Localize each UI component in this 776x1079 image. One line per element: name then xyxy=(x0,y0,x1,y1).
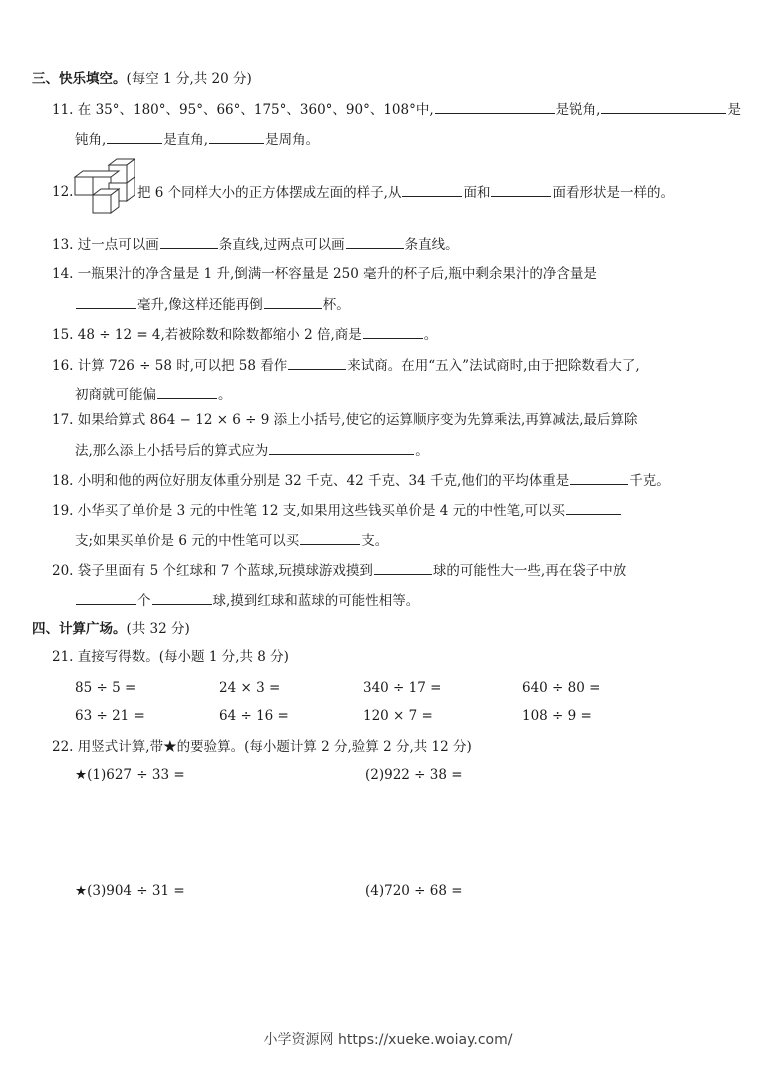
question-number: 13. xyxy=(52,237,73,253)
question-text: 球的可能性大一些,再在袋子中放 xyxy=(433,563,626,579)
question-text: 条直线。 xyxy=(405,237,459,253)
question-text: 直接写得数。(每小题 1 分,共 8 分) xyxy=(78,649,289,665)
answer-blank[interactable] xyxy=(269,440,414,455)
question-text: 小明和他的两位好朋友体重分别是 32 千克、42 千克、34 千克,他们的平均体… xyxy=(78,473,570,489)
question-number: 17. xyxy=(52,412,73,428)
question-text: 用竖式计算,带★的要验算。(每小题计算 2 分,验算 2 分,共 12 分) xyxy=(78,739,472,755)
question-text: 支。 xyxy=(361,533,388,549)
question-text: 千克。 xyxy=(629,473,670,489)
question-18: 18. 小明和他的两位好朋友体重分别是 32 千克、42 千克、34 千克,他们… xyxy=(52,470,670,491)
footer-watermark: 小学资源网 https://xueke.woiay.com/ xyxy=(0,1029,776,1049)
question-text: 球,摸到红球和蓝球的可能性相等。 xyxy=(213,593,420,609)
question-text: 面和 xyxy=(463,185,490,201)
vertical-calc-item: ★(3)904 ÷ 31 = xyxy=(75,883,185,899)
question-11-line-1: 11. 在 35°、180°、95°、66°、175°、360°、90°、108… xyxy=(52,99,741,120)
question-number: 11. xyxy=(52,102,73,118)
section-4-heading: 四、计算广场。(共 32 分) xyxy=(32,619,190,639)
section-3-note: (每空 1 分,共 20 分) xyxy=(127,71,252,87)
question-16-line-1: 16. 计算 726 ÷ 58 时,可以把 58 看作来试商。在用“五入”法试商… xyxy=(52,355,640,376)
question-14-line-2: 毫升,像这样还能再倒杯。 xyxy=(75,294,350,315)
question-number: 16. xyxy=(52,358,73,374)
question-11-line-2: 钝角,是直角,是周角。 xyxy=(75,129,319,150)
answer-blank[interactable] xyxy=(76,590,136,605)
question-12-number: 12. xyxy=(52,182,73,202)
answer-blank[interactable] xyxy=(491,182,551,197)
answer-blank[interactable] xyxy=(570,470,628,485)
question-number: 14. xyxy=(52,266,73,282)
section-3-title: 三、快乐填空。 xyxy=(32,71,127,87)
oral-calc-item: 63 ÷ 21 = xyxy=(75,708,145,724)
oral-calc-item: 24 × 3 = xyxy=(219,680,280,696)
question-text: 来试商。在用“五入”法试商时,由于把除数看大了, xyxy=(347,358,639,374)
question-21-title: 21. 直接写得数。(每小题 1 分,共 8 分) xyxy=(52,647,289,667)
question-text: 面看形状是一样的。 xyxy=(552,185,674,201)
question-16-line-2: 初商就可能偏。 xyxy=(75,384,232,405)
question-text: 。 xyxy=(415,443,429,459)
answer-blank[interactable] xyxy=(374,560,432,575)
question-22-title: 22. 用竖式计算,带★的要验算。(每小题计算 2 分,验算 2 分,共 12 … xyxy=(52,737,472,757)
answer-blank[interactable] xyxy=(363,324,423,339)
question-text: 杯。 xyxy=(323,297,350,313)
vertical-calc-item: (4)720 ÷ 68 = xyxy=(365,883,463,899)
question-19-line-1: 19. 小华买了单价是 3 元的中性笔 12 支,如果用这些钱买单价是 4 元的… xyxy=(52,500,622,521)
oral-calc-item: 640 ÷ 80 = xyxy=(522,680,600,696)
answer-blank[interactable] xyxy=(566,500,621,515)
answer-blank[interactable] xyxy=(76,294,136,309)
answer-blank[interactable] xyxy=(157,384,217,399)
question-text: 条直线,过两点可以画 xyxy=(219,237,345,253)
question-17-line-1: 17. 如果给算式 864 − 12 × 6 ÷ 9 添上小括号,使它的运算顺序… xyxy=(52,410,638,430)
question-number: 20. xyxy=(52,563,73,579)
question-text: 毫升,像这样还能再倒 xyxy=(137,297,263,313)
question-text: 法,那么添上小括号后的算式应为 xyxy=(75,443,268,459)
question-text: 在 35°、180°、95°、66°、175°、360°、90°、108°中, xyxy=(78,102,434,118)
question-number: 15. xyxy=(52,327,73,343)
section-3-heading: 三、快乐填空。(每空 1 分,共 20 分) xyxy=(32,69,252,89)
question-text: 是锐角, xyxy=(556,102,601,118)
question-13: 13. 过一点可以画条直线,过两点可以画条直线。 xyxy=(52,234,459,255)
answer-blank[interactable] xyxy=(288,355,346,370)
question-19-line-2: 支;如果买单价是 6 元的中性笔可以买支。 xyxy=(75,530,388,551)
question-text: 是周角。 xyxy=(265,132,319,148)
oral-calc-item: 64 ÷ 16 = xyxy=(219,708,289,724)
oral-calc-item: 120 × 7 = xyxy=(363,708,433,724)
question-15: 15. 48 ÷ 12 = 4,若被除数和除数都缩小 2 倍,商是。 xyxy=(52,324,437,345)
question-text: 小华买了单价是 3 元的中性笔 12 支,如果用这些钱买单价是 4 元的中性笔,… xyxy=(78,503,565,519)
question-text: 如果给算式 864 − 12 × 6 ÷ 9 添上小括号,使它的运算顺序变为先算… xyxy=(78,412,638,428)
answer-blank[interactable] xyxy=(160,234,218,249)
question-number: 22. xyxy=(52,739,73,755)
section-4-title: 四、计算广场。 xyxy=(32,621,127,637)
answer-blank[interactable] xyxy=(107,129,162,144)
vertical-calc-item: (2)922 ÷ 38 = xyxy=(365,767,463,783)
question-12-text: 把 6 个同样大小的正方体摆成左面的样子,从面和面看形状是一样的。 xyxy=(137,182,674,203)
question-number: 18. xyxy=(52,473,73,489)
question-text: 初商就可能偏 xyxy=(75,387,156,403)
answer-blank[interactable] xyxy=(300,530,360,545)
oral-calc-item: 340 ÷ 17 = xyxy=(363,680,441,696)
oral-calc-item: 108 ÷ 9 = xyxy=(522,708,592,724)
question-text: 48 ÷ 12 = 4,若被除数和除数都缩小 2 倍,商是 xyxy=(78,327,362,343)
question-number: 21. xyxy=(52,649,73,665)
question-text: 是 xyxy=(727,102,741,118)
oral-calc-item: 85 ÷ 5 = xyxy=(75,680,136,696)
question-14-line-1: 14. 一瓶果汁的净含量是 1 升,倒满一杯容量是 250 毫升的杯子后,瓶中剩… xyxy=(52,264,597,284)
question-number: 19. xyxy=(52,503,73,519)
question-17-line-2: 法,那么添上小括号后的算式应为。 xyxy=(75,440,429,461)
question-text: 。 xyxy=(424,327,438,343)
cube-stack-icon xyxy=(73,157,135,223)
answer-blank[interactable] xyxy=(152,590,212,605)
question-text: 把 6 个同样大小的正方体摆成左面的样子,从 xyxy=(137,185,401,201)
question-text: 计算 726 ÷ 58 时,可以把 58 看作 xyxy=(78,358,287,374)
question-text: 袋子里面有 5 个红球和 7 个蓝球,玩摸球游戏摸到 xyxy=(78,563,373,579)
answer-blank[interactable] xyxy=(209,129,264,144)
question-text: 钝角, xyxy=(75,132,106,148)
answer-blank[interactable] xyxy=(601,99,726,114)
question-text: 支;如果买单价是 6 元的中性笔可以买 xyxy=(75,533,299,549)
answer-blank[interactable] xyxy=(264,294,322,309)
question-text: 。 xyxy=(218,387,232,403)
question-text: 是直角, xyxy=(163,132,208,148)
question-text: 个 xyxy=(137,593,151,609)
question-20-line-1: 20. 袋子里面有 5 个红球和 7 个蓝球,玩摸球游戏摸到球的可能性大一些,再… xyxy=(52,560,626,581)
answer-blank[interactable] xyxy=(346,234,404,249)
answer-blank[interactable] xyxy=(402,182,462,197)
section-4-note: (共 32 分) xyxy=(127,621,190,637)
question-text: 过一点可以画 xyxy=(78,237,159,253)
answer-blank[interactable] xyxy=(435,99,555,114)
question-text: 一瓶果汁的净含量是 1 升,倒满一杯容量是 250 毫升的杯子后,瓶中剩余果汁的… xyxy=(78,266,597,282)
vertical-calc-item: ★(1)627 ÷ 33 = xyxy=(75,767,185,783)
question-20-line-2: 个球,摸到红球和蓝球的可能性相等。 xyxy=(75,590,419,611)
